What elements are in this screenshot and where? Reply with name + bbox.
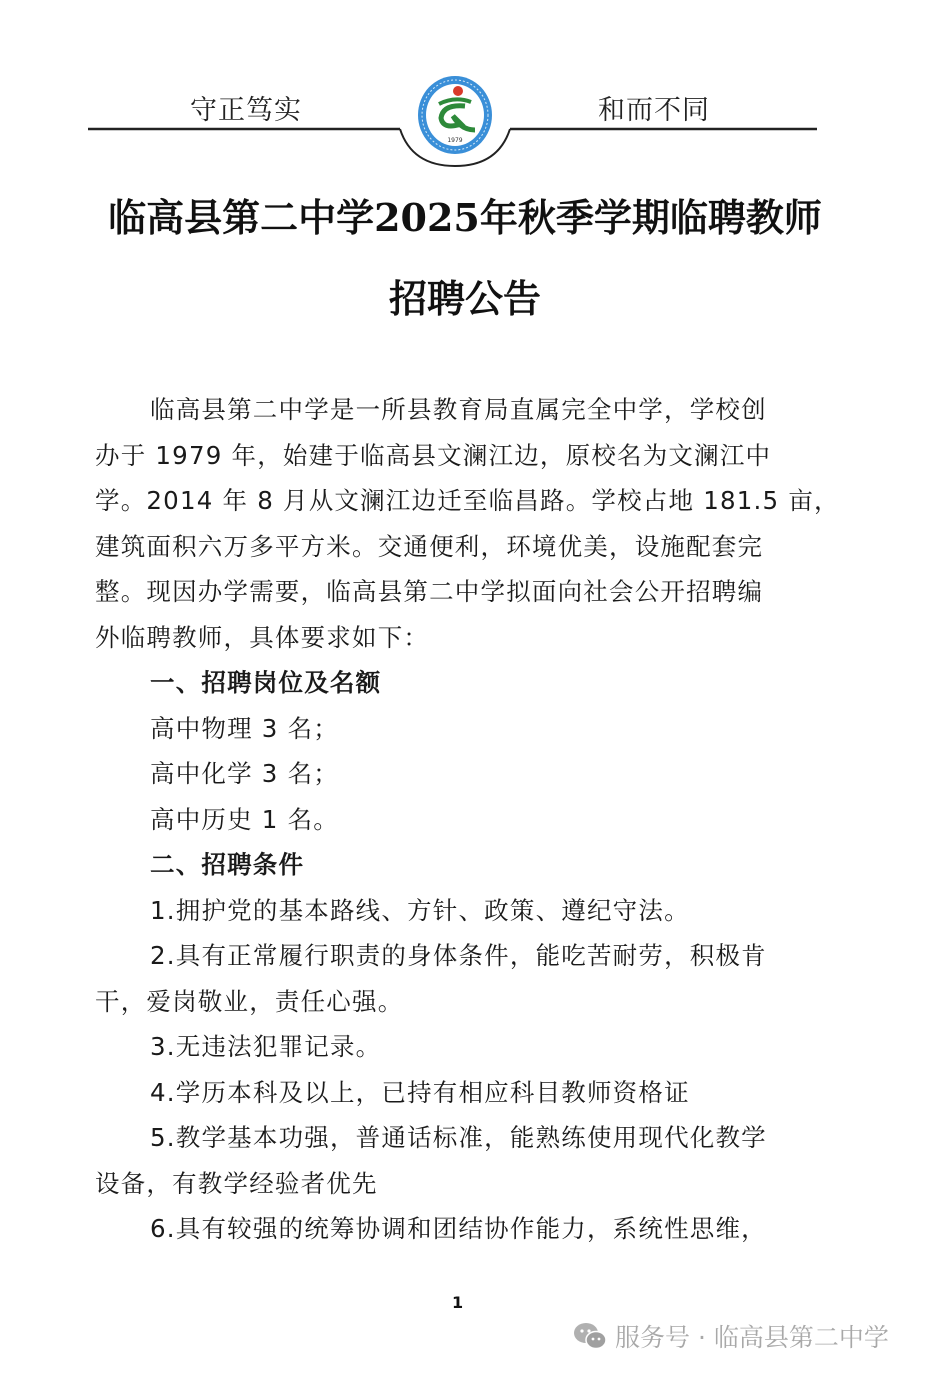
position-item: 高中化学 3 名；	[95, 751, 830, 797]
section-heading: 二、招聘条件	[95, 842, 830, 888]
requirement-item: 1.拥护党的基本路线、方针、政策、遵纪守法。	[95, 888, 830, 934]
motto-left: 守正笃实	[190, 88, 302, 127]
watermark: 服务号 · 临高县第二中学	[573, 1318, 889, 1354]
intro-line: 办于 1979 年，始建于临高县文澜江边，原校名为文澜江中	[95, 433, 830, 479]
requirement-item: 3.无违法犯罪记录。	[95, 1024, 830, 1070]
section-requirements: 二、招聘条件 1.拥护党的基本路线、方针、政策、遵纪守法。 2.具有正常履行职责…	[95, 842, 830, 1252]
intro-line: 建筑面积六万多平方米。交通便利，环境优美，设施配套完	[95, 524, 830, 570]
intro-paragraph: 临高县第二中学是一所县教育局直属完全中学，学校创 办于 1979 年，始建于临高…	[95, 387, 830, 660]
watermark-text: 服务号 · 临高县第二中学	[615, 1318, 889, 1354]
svg-text:1979: 1979	[447, 137, 462, 144]
position-item: 高中历史 1 名。	[95, 797, 830, 843]
requirement-item-continued: 干，爱岗敬业，责任心强。	[95, 979, 830, 1025]
section-positions: 一、招聘岗位及名额 高中物理 3 名； 高中化学 3 名； 高中历史 1 名。	[95, 660, 830, 842]
page-number: 1	[452, 1293, 463, 1312]
requirement-item-continued: 设备，有教学经验者优先	[95, 1161, 830, 1207]
document-subtitle: 招聘公告	[0, 268, 930, 323]
position-item: 高中物理 3 名；	[95, 706, 830, 752]
requirement-item: 5.教学基本功强，普通话标准，能熟练使用现代化教学	[95, 1115, 830, 1161]
intro-line: 学。2014 年 8 月从文澜江边迁至临昌路。学校占地 181.5 亩，	[95, 478, 830, 524]
intro-line: 临高县第二中学是一所县教育局直属完全中学，学校创	[95, 387, 830, 433]
wechat-icon	[573, 1322, 607, 1350]
letterhead: 1979 守正笃实 和而不同	[0, 0, 930, 180]
intro-line: 整。现因办学需要，临高县第二中学拟面向社会公开招聘编	[95, 569, 830, 615]
document-title: 临高县第二中学2025年秋季学期临聘教师	[0, 187, 930, 242]
motto-right: 和而不同	[598, 88, 710, 127]
intro-line: 外临聘教师，具体要求如下：	[95, 615, 830, 661]
document-body: 临高县第二中学是一所县教育局直属完全中学，学校创 办于 1979 年，始建于临高…	[95, 387, 830, 1252]
requirement-item: 4.学历本科及以上，已持有相应科目教师资格证	[95, 1070, 830, 1116]
school-emblem-icon: 1979	[415, 74, 495, 156]
requirement-item: 6.具有较强的统筹协调和团结协作能力，系统性思维，	[95, 1206, 830, 1252]
section-heading: 一、招聘岗位及名额	[95, 660, 830, 706]
requirement-item: 2.具有正常履行职责的身体条件，能吃苦耐劳，积极肯	[95, 933, 830, 979]
